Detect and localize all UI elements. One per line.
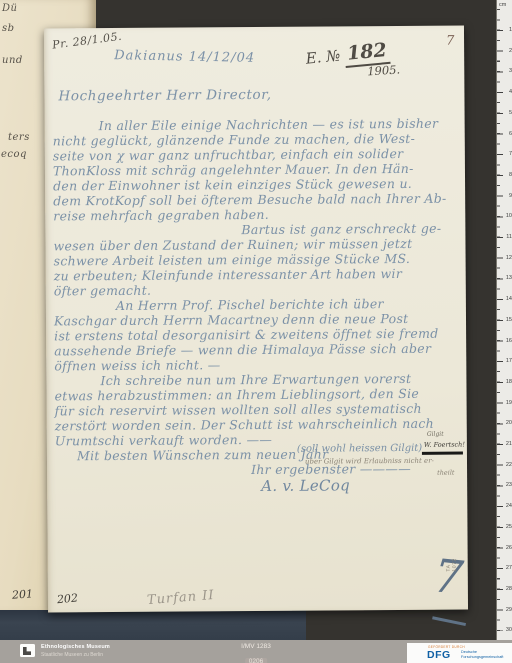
measuring-ruler: cm 1234567891011121314151617181920212223… bbox=[496, 0, 512, 641]
letter-line: aussehende Briefe — wenn die Himalaya Pä… bbox=[54, 341, 460, 359]
letter-line: Bartus ist ganz erschreckt ge- bbox=[241, 221, 459, 238]
binding-cover-edge bbox=[0, 610, 306, 642]
entry-number-label: E. № bbox=[305, 46, 341, 67]
funder-logo-patch: GEFÖRDERT DURCH DFG Deutsche Forschungsg… bbox=[407, 643, 512, 663]
scanned-letter-page: 201 Düsbundtersecoq Pr. 28/1.05. Dakianu… bbox=[0, 0, 512, 663]
ruler-number: 22 bbox=[503, 462, 512, 468]
image-number: 0206 bbox=[245, 658, 267, 663]
prev-page-fragment: ecoq bbox=[1, 149, 27, 160]
annotation-underline bbox=[422, 452, 463, 455]
ruler-number: 12 bbox=[503, 255, 512, 261]
pencil-annotation-note: über Gilgit wird Erlaubniss nicht er- bbox=[305, 457, 434, 466]
page-number-right: 202 bbox=[56, 591, 78, 606]
ruler-number: 2 bbox=[503, 48, 512, 54]
footer-bar: Ethnologisches Museum Staatliche Museen … bbox=[0, 640, 512, 663]
letter-page: Pr. 28/1.05. Dakianus 14/12/04 E. №182 1… bbox=[44, 26, 468, 613]
ruler-number: 26 bbox=[503, 545, 512, 551]
ruler-major-ticks bbox=[497, 30, 503, 631]
folio-number: 7 bbox=[446, 34, 454, 49]
pencil-annotation-word: Gilgit bbox=[427, 431, 444, 438]
museum-logo bbox=[20, 644, 35, 657]
pencil-annotation-continuation: theilt bbox=[437, 469, 454, 477]
ruler-number: 6 bbox=[503, 131, 512, 137]
museum-subtitle: Staatliche Museen zu Berlin bbox=[41, 652, 103, 658]
processing-note: Pr. 28/1.05. bbox=[52, 30, 123, 52]
ruler-number: 21 bbox=[503, 441, 512, 447]
ruler-number: 7 bbox=[503, 151, 512, 157]
footer-center-block: I/MV 1283 0206 bbox=[241, 643, 271, 663]
letter-line: zu erbeuten; Kleinfunde interessanter Ar… bbox=[54, 266, 460, 284]
prev-page-fragment: und bbox=[2, 55, 23, 66]
ruler-unit-label: cm bbox=[499, 2, 506, 8]
ruler-number: 29 bbox=[503, 607, 512, 613]
ruler-number: 15 bbox=[503, 317, 512, 323]
entry-year: 1905. bbox=[367, 62, 401, 78]
museum-name: Ethnologisches Museum bbox=[41, 644, 110, 650]
ruler-number: 9 bbox=[503, 193, 512, 199]
ruler-number: 3 bbox=[503, 68, 512, 74]
prev-page-fragment: Dü bbox=[2, 3, 17, 14]
museum-logo-glyph bbox=[23, 647, 31, 655]
letter-body: In aller Eile einige Nachrichten — es is… bbox=[53, 116, 462, 497]
prev-page-fragment: sb bbox=[2, 23, 15, 34]
ruler-number: 11 bbox=[503, 234, 512, 240]
ruler-number: 4 bbox=[503, 89, 512, 95]
ruler-number: 18 bbox=[503, 379, 512, 385]
ink-annotation: (soll wohl heissen Gilgit) bbox=[297, 443, 422, 455]
ruler-number: 28 bbox=[503, 586, 512, 592]
ruler-number: 25 bbox=[503, 524, 512, 530]
letter-line: zerstört worden sein. Der Schutt ist wah… bbox=[55, 416, 461, 434]
ruler-number: 16 bbox=[503, 338, 512, 344]
shelfmark: I/MV 1283 bbox=[241, 643, 271, 650]
letter-line: A. v. LeCoq bbox=[261, 476, 461, 495]
ruler-number: 24 bbox=[503, 503, 512, 509]
pencil-series-note: Turfan II bbox=[146, 588, 215, 608]
funder-name: Deutsche Forschungsgemeinschaft bbox=[461, 650, 503, 660]
page-number-left: 201 bbox=[12, 587, 34, 601]
large-pencil-mark-underline bbox=[432, 616, 466, 625]
ruler-number: 27 bbox=[503, 565, 512, 571]
place-date-line: Dakianus 14/12/04 bbox=[114, 48, 255, 66]
ruler-number: 17 bbox=[503, 358, 512, 364]
pencil-annotation-name: W. Foertsch! bbox=[424, 441, 465, 449]
ruler-number: 19 bbox=[503, 400, 512, 406]
funder-name-line2: Forschungsgemeinschaft bbox=[461, 655, 503, 660]
ruler-number: 10 bbox=[503, 213, 512, 219]
dfg-logo: DFG bbox=[427, 649, 451, 661]
ruler-number: 8 bbox=[503, 172, 512, 178]
ruler-number: 14 bbox=[503, 296, 512, 302]
salutation: Hochgeehrter Herr Director, bbox=[58, 87, 271, 104]
ruler-number: 30 bbox=[503, 627, 512, 633]
entry-number-block: E. №182 1905. bbox=[305, 38, 401, 85]
ruler-number: 1 bbox=[503, 27, 512, 33]
ruler-number: 5 bbox=[503, 110, 512, 116]
edge-mark-vertical: TA 1072 bbox=[446, 550, 458, 572]
ruler-number: 13 bbox=[503, 275, 512, 281]
ruler-number: 23 bbox=[503, 482, 512, 488]
letter-line: dem KrotKopf soll bei öfterem Besuche ba… bbox=[53, 191, 459, 209]
ruler-number: 20 bbox=[503, 420, 512, 426]
prev-page-fragment: ters bbox=[8, 132, 30, 143]
